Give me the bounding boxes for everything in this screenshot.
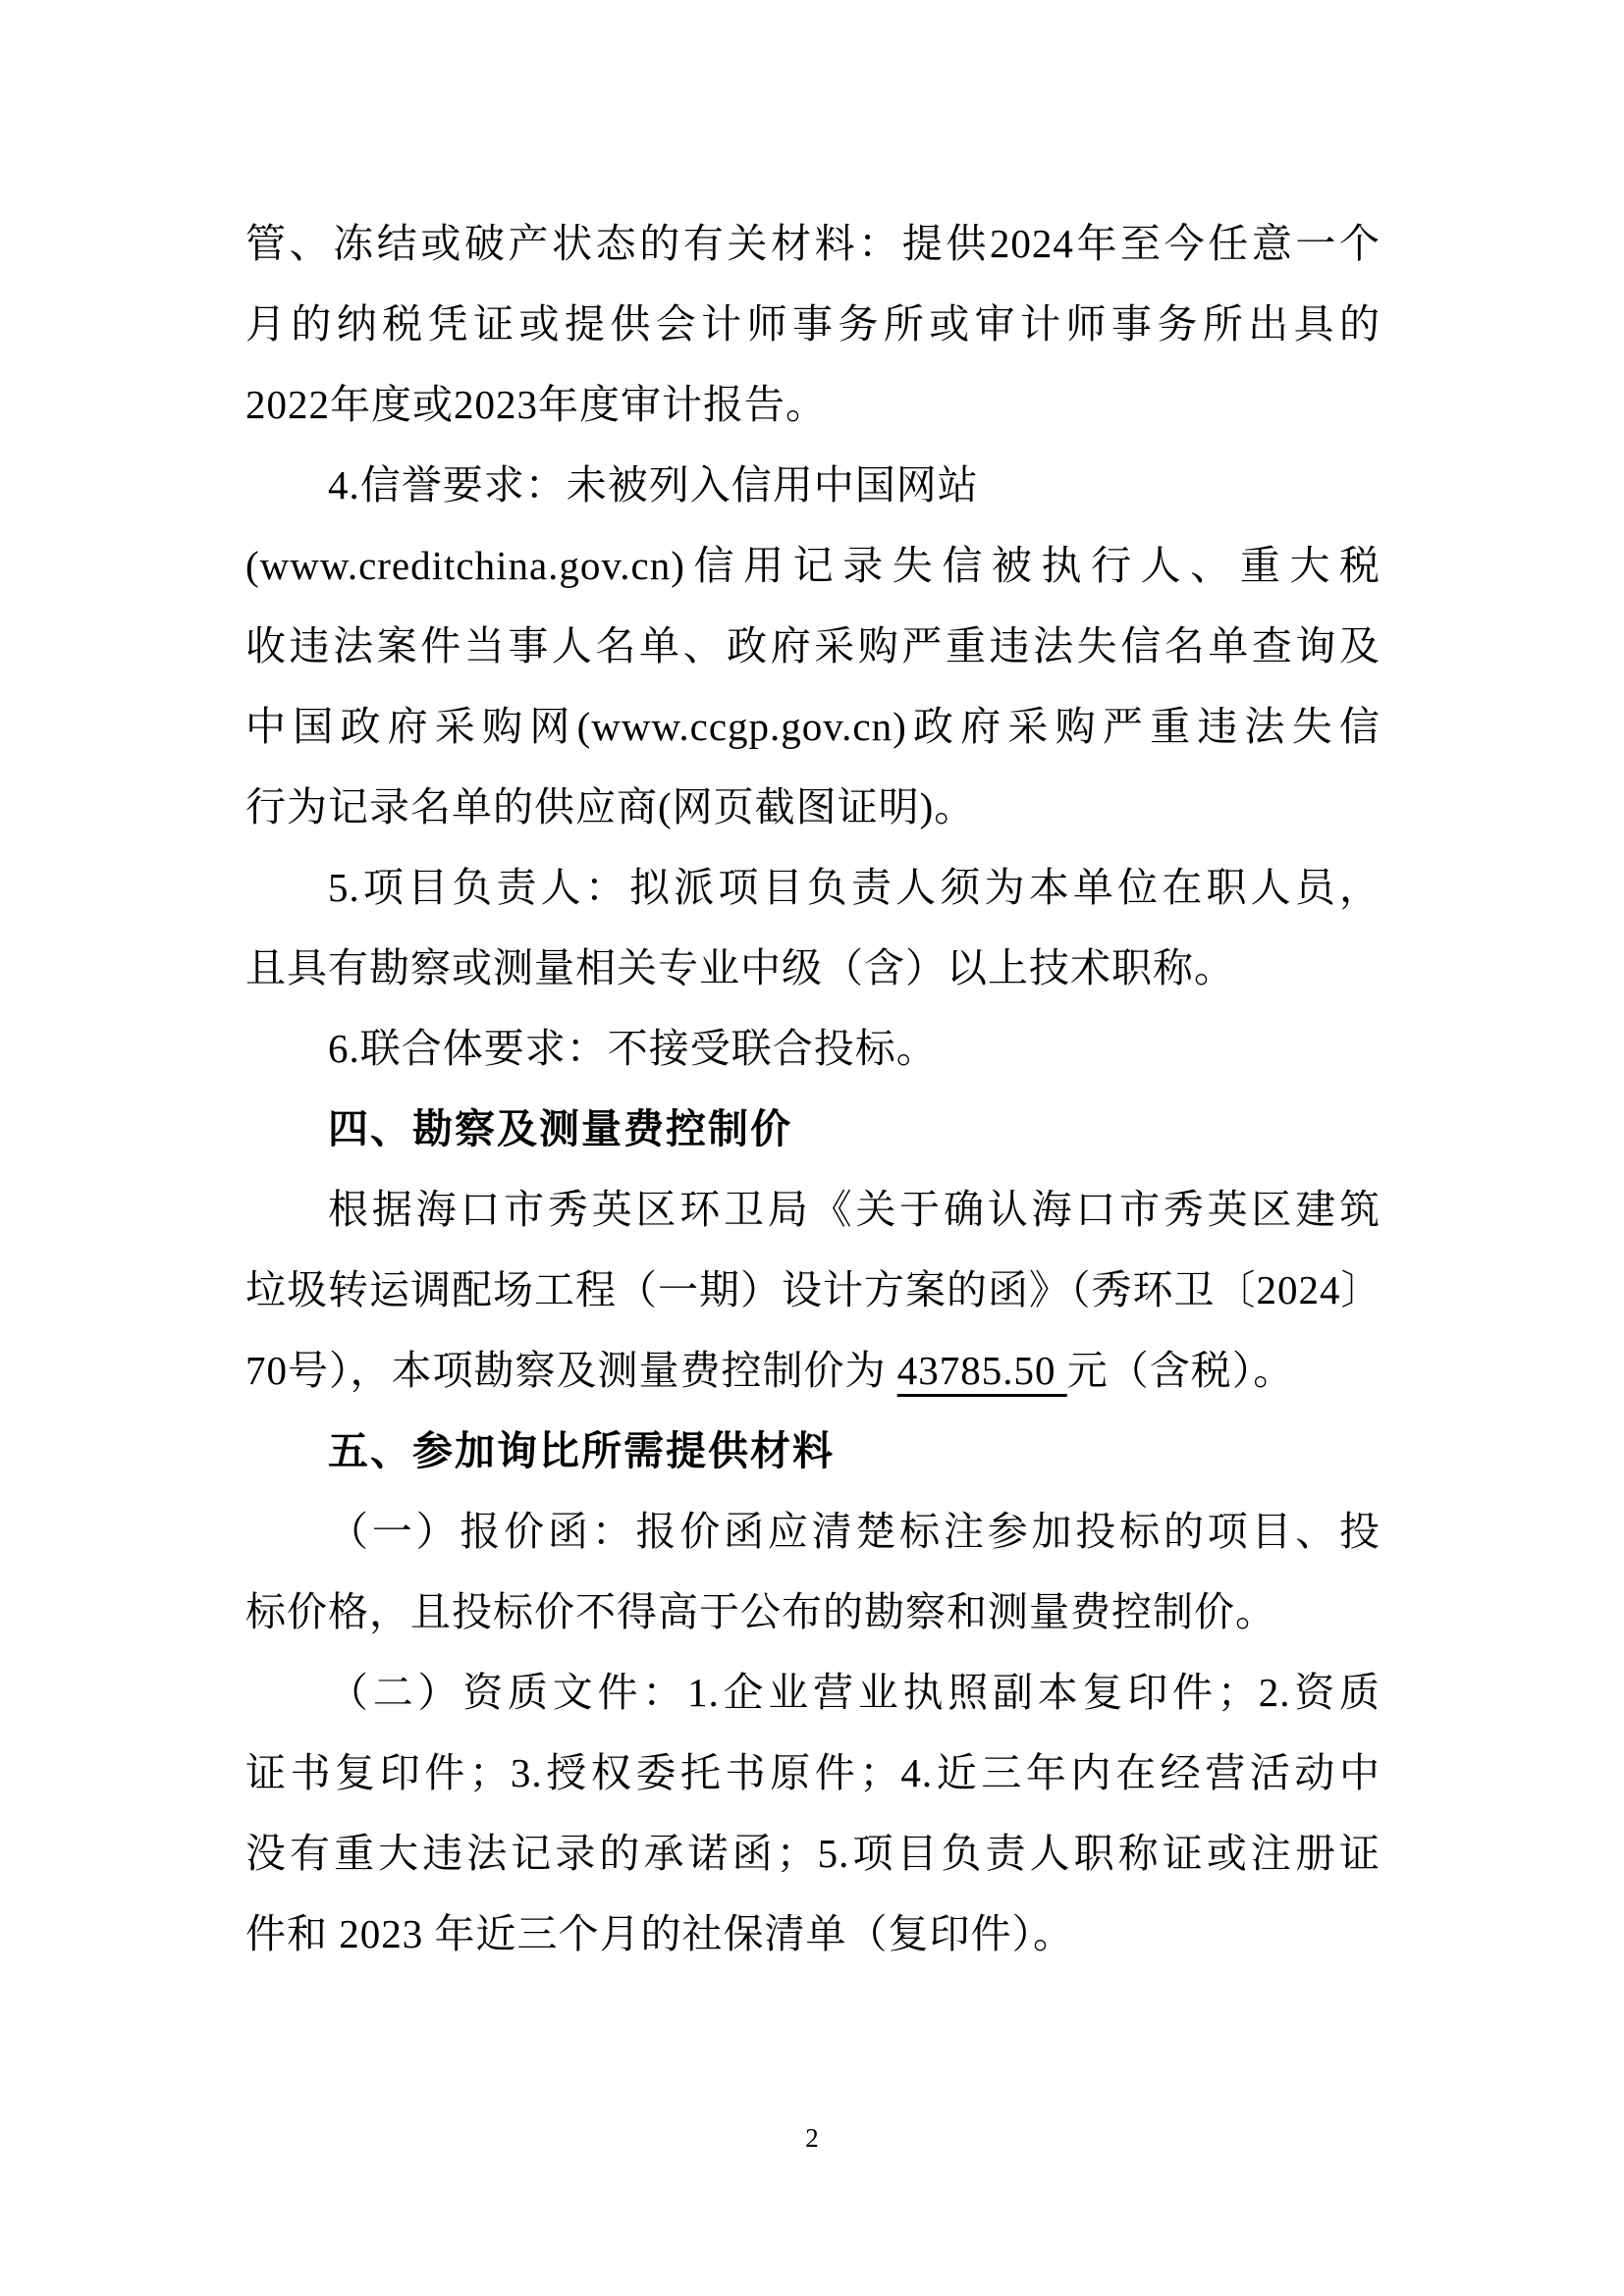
control-price-prefix: 70号），本项勘察及测量费控制价为 <box>245 1348 897 1393</box>
heading-section-5-required-materials: 五、参加询比所需提供材料 <box>245 1411 1380 1491</box>
text-line: 且具有勘察或测量相关专业中级（含）以上技术职称。 <box>245 928 1380 1008</box>
document-page: 管、冻结或破产状态的有关材料：提供2024年至今任意一个 月的纳税凭证或提供会计… <box>0 0 1624 2296</box>
item-5-project-leader-requirement: 5.项目负责人：拟派项目负责人须为本单位在职人员， <box>245 847 1380 928</box>
item-2-qualification-documents: （二）资质文件：1.企业营业执照副本复印件；2.资质 <box>245 1652 1380 1733</box>
text-line: 垃圾转运调配场工程（一期）设计方案的函》（秀环卫〔2024〕 <box>245 1250 1380 1330</box>
text-line: 行为记录名单的供应商(网页截图证明)。 <box>245 767 1380 847</box>
text-line: 没有重大违法记录的承诺函；5.项目负责人职称证或注册证 <box>245 1813 1380 1894</box>
text-line: 月的纳税凭证或提供会计师事务所或审计师事务所出具的 <box>245 284 1380 364</box>
text-line: 件和 2023 年近三个月的社保清单（复印件）。 <box>245 1894 1380 1974</box>
text-line: 证书复印件；3.授权委托书原件；4.近三年内在经营活动中 <box>245 1733 1380 1813</box>
item-4-credit-requirement: 4.信誉要求：未被列入信用中国网站 <box>245 445 1380 525</box>
item-1-quotation-letter: （一）报价函：报价函应清楚标注参加投标的项目、投 <box>245 1491 1380 1572</box>
item-6-consortium-requirement: 6.联合体要求：不接受联合投标。 <box>245 1008 1380 1089</box>
text-line: 中国政府采购网(www.ccgp.gov.cn)政府采购严重违法失信 <box>245 686 1380 767</box>
text-line: 管、冻结或破产状态的有关材料：提供2024年至今任意一个 <box>245 203 1380 284</box>
text-line: 根据海口市秀英区环卫局《关于确认海口市秀英区建筑 <box>245 1169 1380 1250</box>
text-line: 收违法案件当事人名单、政府采购严重违法失信名单查询及 <box>245 606 1380 686</box>
control-price-value: 43785.50 <box>897 1348 1067 1393</box>
text-line: (www.creditchina.gov.cn)信用记录失信被执行人、重大税 <box>245 525 1380 606</box>
document-body: 管、冻结或破产状态的有关材料：提供2024年至今任意一个 月的纳税凭证或提供会计… <box>245 203 1380 1974</box>
text-line: 标价格，且投标价不得高于公布的勘察和测量费控制价。 <box>245 1572 1380 1652</box>
heading-section-4-control-price: 四、勘察及测量费控制价 <box>245 1089 1380 1169</box>
page-number: 2 <box>0 2118 1624 2158</box>
text-line: 2022年度或2023年度审计报告。 <box>245 364 1380 445</box>
control-price-line: 70号），本项勘察及测量费控制价为 43785.50 元（含税）。 <box>245 1330 1380 1411</box>
control-price-suffix: 元（含税）。 <box>1067 1348 1295 1393</box>
